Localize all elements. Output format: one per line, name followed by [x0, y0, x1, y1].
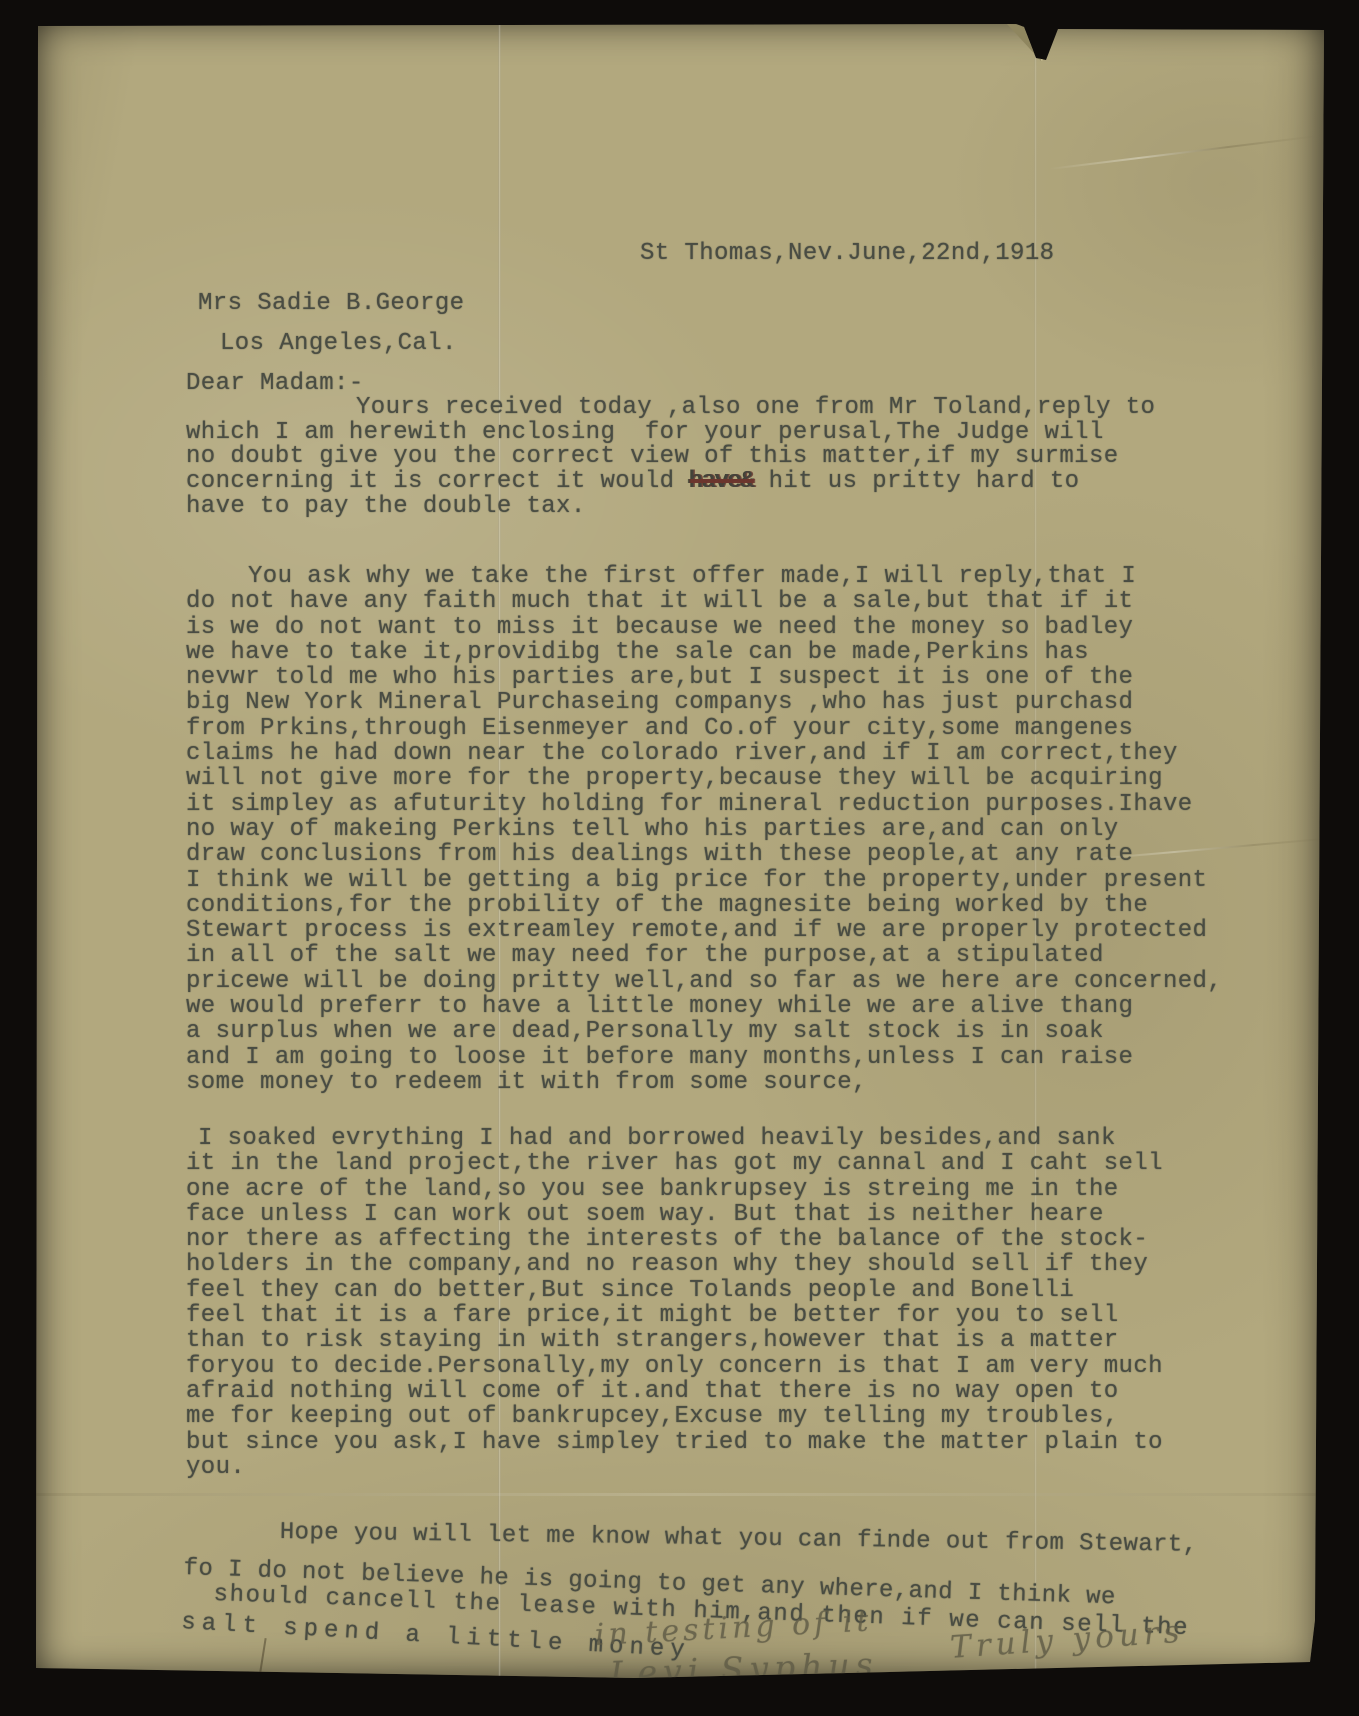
typed-line: Yours received today ,also one from Mr T… [186, 396, 1155, 421]
typed-line: we have to take it,providibg the sale ca… [186, 640, 1222, 665]
typed-line: it in the land project,the river has got… [186, 1151, 1163, 1176]
recipient-name: Mrs Sadie B.George [198, 290, 464, 317]
typed-line: some money to redeem it with from some s… [186, 1070, 1222, 1095]
scan-background: St Thomas,Nev.June,22nd,1918 Mrs Sadie B… [0, 0, 1359, 1716]
typed-line: I soaked evrything I had and borrowed he… [186, 1126, 1163, 1151]
corrected-line-before: concerning it is correct it would [186, 468, 689, 495]
fold-crease-horizontal [34, 1493, 1326, 1496]
typed-line: but since you ask,I have simpley tried t… [186, 1430, 1163, 1455]
paragraph-1-corrected-line: concerning it is correct it would have& … [186, 469, 1079, 494]
crease-diagonal-top-right [1049, 135, 1317, 170]
dateline: St Thomas,Nev.June,22nd,1918 [640, 240, 1054, 267]
typed-line: is we do not want to miss it because we … [186, 615, 1222, 640]
typed-line: it simpley as afuturity holding for mine… [186, 792, 1222, 817]
letter-paper: St Thomas,Nev.June,22nd,1918 Mrs Sadie B… [34, 18, 1326, 1680]
typed-line: I think we will be getting a big price f… [186, 868, 1222, 893]
typed-line: big New York Mineral Purchaseing company… [186, 690, 1222, 715]
typed-line: Stewart process is extreamley remote,and… [186, 918, 1222, 943]
recipient-city: Los Angeles,Cal. [220, 330, 457, 357]
paragraph-3: I soaked evrything I had and borrowed he… [186, 1126, 1163, 1480]
paragraph-2: You ask why we take the first offer made… [186, 564, 1222, 1095]
typed-line: face unless I can work out soem way. But… [186, 1202, 1163, 1227]
paragraph-1: Yours received today ,also one from Mr T… [186, 396, 1155, 470]
torn-corner-flap [1007, 24, 1053, 64]
typed-line: no way of makeing Perkins tell who his p… [186, 817, 1222, 842]
typed-line: will not give more for the property,beca… [186, 766, 1222, 791]
typed-line: feel they can do better,But since Toland… [186, 1278, 1163, 1303]
typed-line: nor there as affecting the interests of … [186, 1227, 1163, 1252]
typed-line: holders in the company,and no reason why… [186, 1252, 1163, 1277]
typed-line: do not have any faith much that it will … [186, 589, 1222, 614]
typed-line: pricewe will be doing pritty well,and so… [186, 969, 1222, 994]
typed-line: You ask why we take the first offer made… [186, 564, 1222, 589]
typed-line: one acre of the land,so you see bankrups… [186, 1177, 1163, 1202]
salutation: Dear Madam:- [186, 370, 364, 397]
typed-line: afraid nothing will come of it.and that … [186, 1379, 1163, 1404]
typed-line: a surplus when we are dead,Personally my… [186, 1019, 1222, 1044]
typed-line: foryou to decide.Personally,my only conc… [186, 1354, 1163, 1379]
typed-line: and I am going to loose it before many m… [186, 1045, 1222, 1070]
typed-line: from Prkins,through Eisenmeyer and Co.of… [186, 716, 1222, 741]
typed-line: than to risk staying in with strangers,h… [186, 1328, 1163, 1353]
typed-line: which I am herewith enclosing for your p… [186, 421, 1155, 446]
typed-line: in all of the salt we may need for the p… [186, 943, 1222, 968]
typed-line: nevwr told me who his parties are,but I … [186, 665, 1222, 690]
typed-line: conditions,for the probility of the magn… [186, 893, 1222, 918]
typed-line: no doubt give you the correct view of th… [186, 445, 1155, 470]
corrected-line-after: hit us pritty hard to [754, 468, 1080, 495]
typed-line: feel that it is a fare price,it might be… [186, 1303, 1163, 1328]
typed-line: claims he had down near the colorado riv… [186, 741, 1222, 766]
closing-line-1: Hope you will let me know what you can f… [280, 1520, 1198, 1558]
typed-line: we would preferr to have a little money … [186, 994, 1222, 1019]
typed-line: me for keeping out of bankrupcey,Excuse … [186, 1404, 1163, 1429]
bottom-edge-tear [259, 1638, 266, 1672]
overstruck-word: have& [689, 468, 754, 495]
handwritten-signature: Levi Syphus [609, 1645, 879, 1693]
typed-line: draw conclusions from his dealings with … [186, 842, 1222, 867]
typed-line: you. [186, 1455, 1163, 1480]
paragraph-1-last-line: have to pay the double tax. [186, 494, 586, 519]
